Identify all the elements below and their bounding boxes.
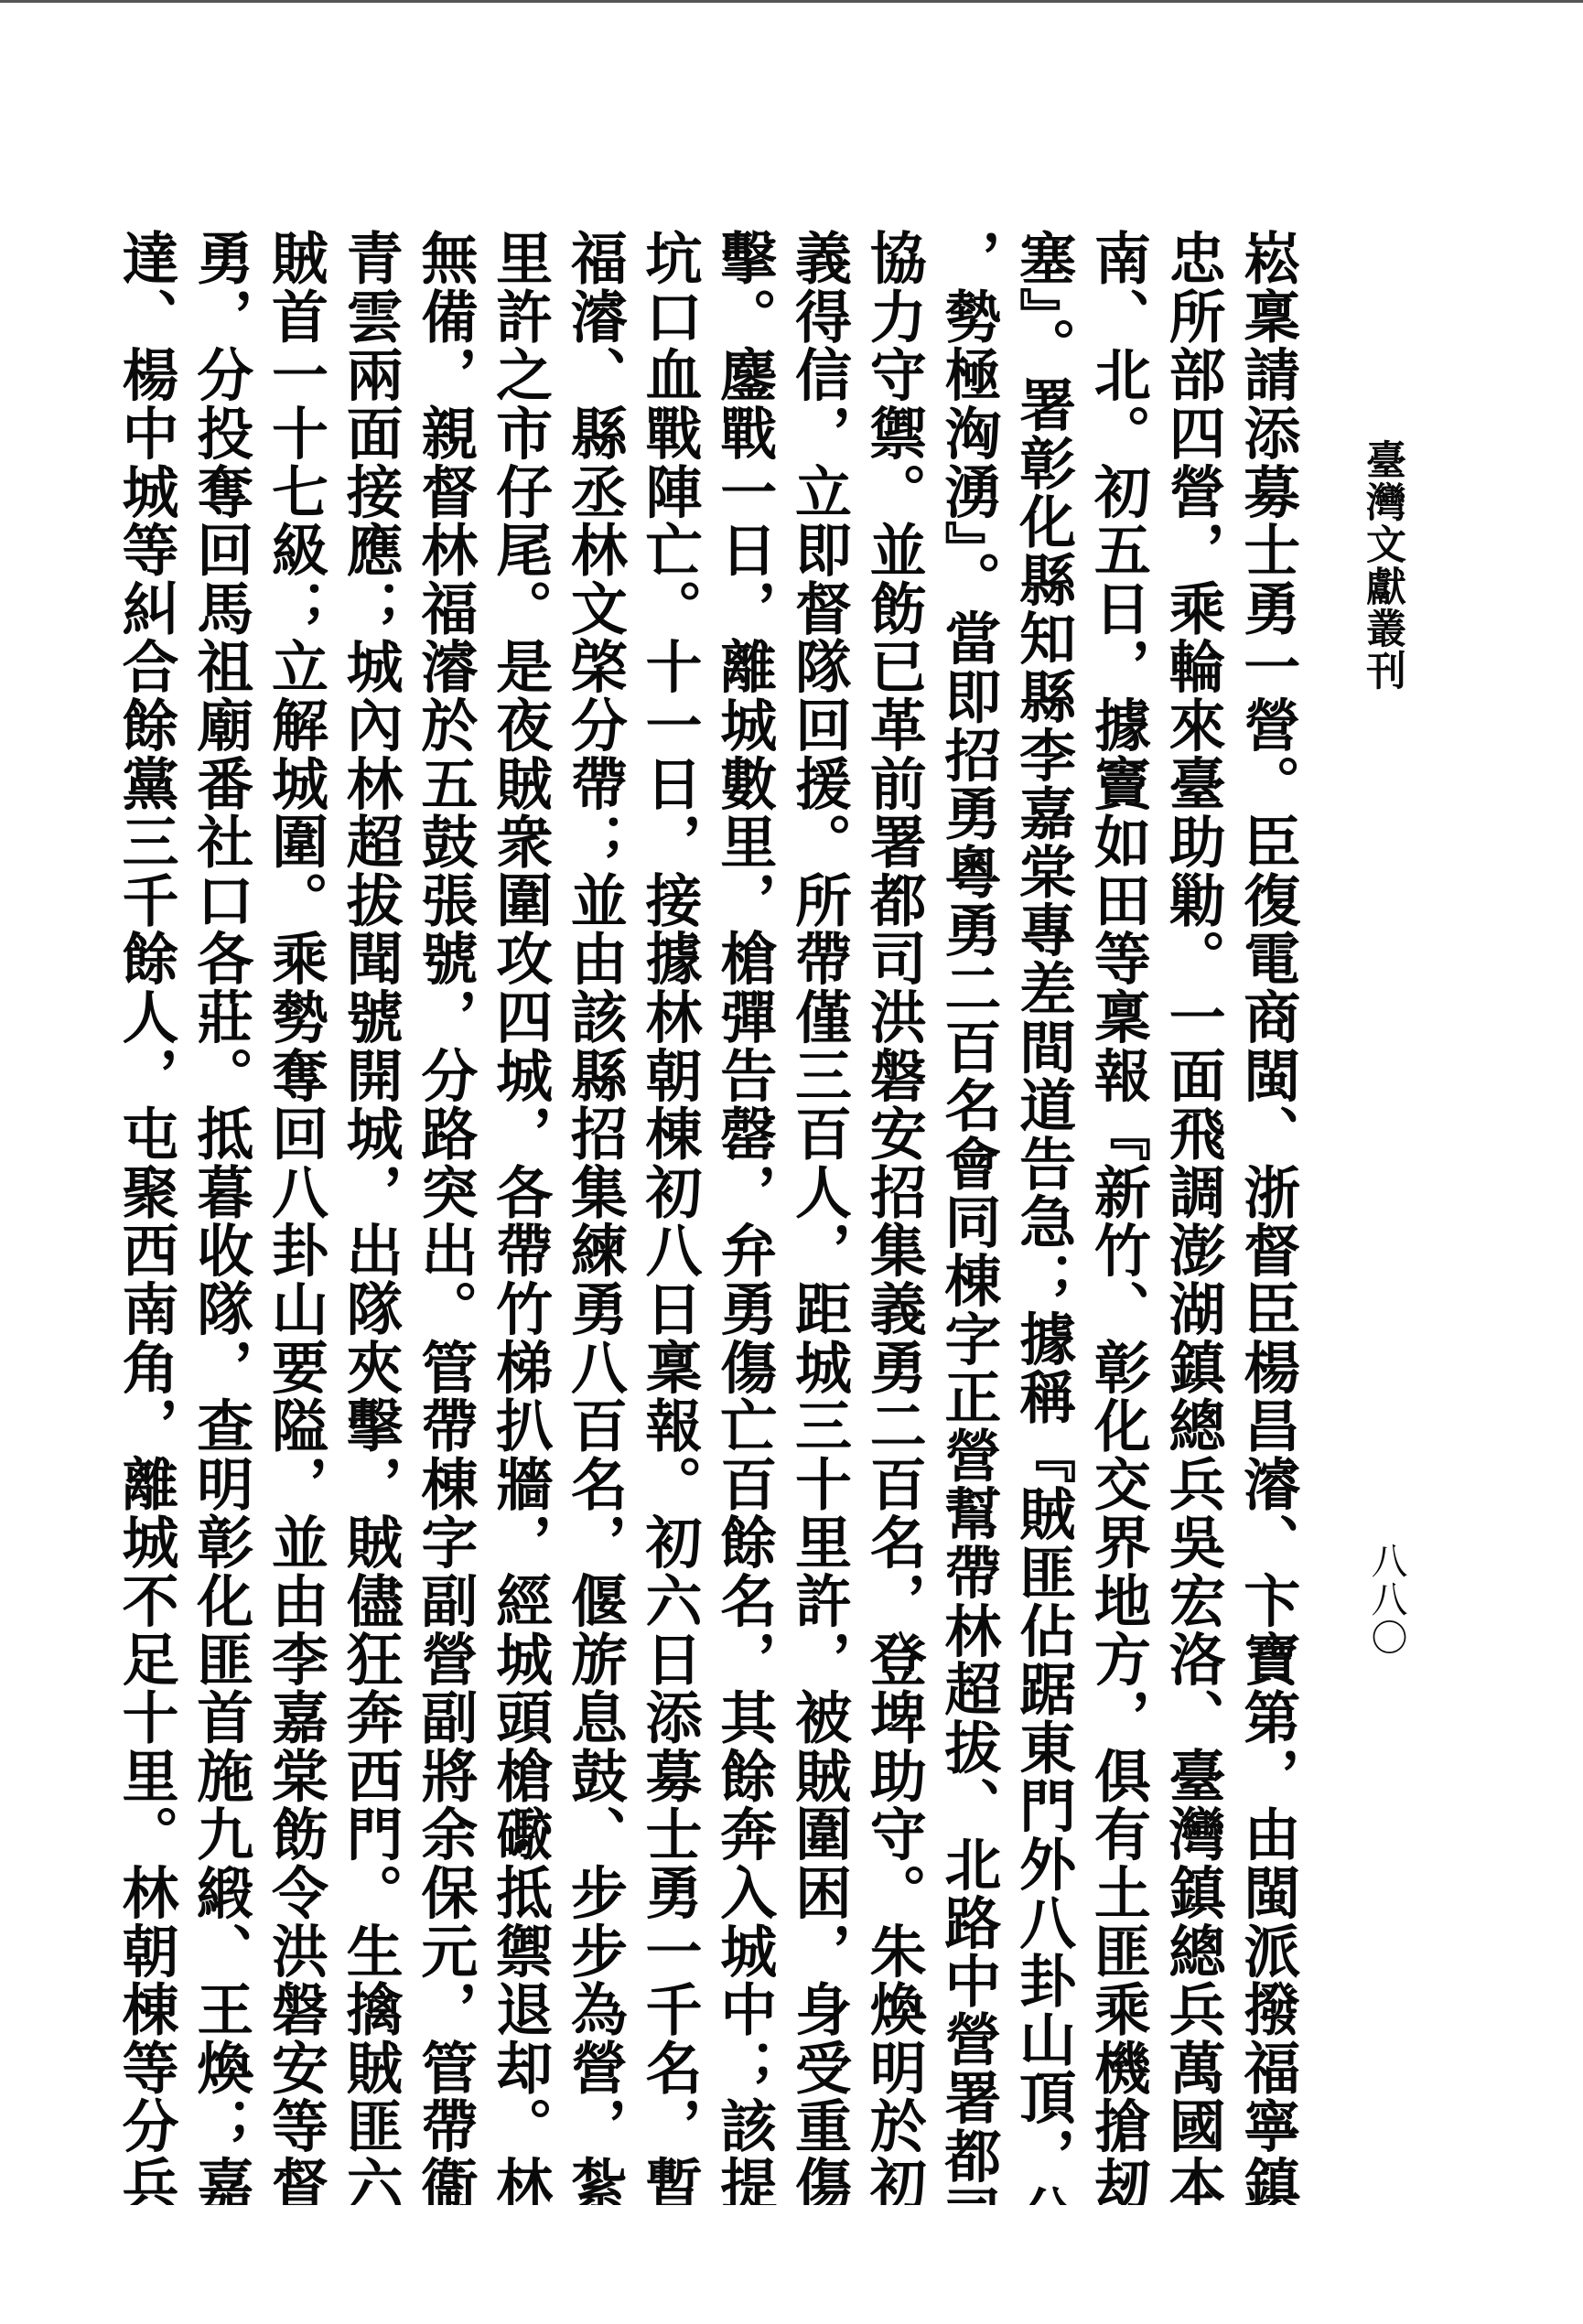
text-column: 勇，分投奪回馬祖廟番社口各莊。抵暮收隊，查明彰化匪首施九緞、王煥；嘉義匪首李 <box>187 229 254 2205</box>
vertical-text-body: 崧稟請添募士勇一營。臣復電商閩、浙督臣楊昌濬、卞寶第，由閩派撥福寧鎮總兵曹志 忠… <box>112 229 1301 2205</box>
text-column: 忠所部四營，乘輪來臺助勦。一面飛調澎湖鎮總兵吳宏洛、臺灣鎮總兵萬國本，分回臺 <box>1158 229 1226 2205</box>
text-column: 協力守禦。並飭已革前署都司洪磐安招集義勇二百名，登埤助守。朱煥明於初一日由嘉 <box>859 229 927 2205</box>
page-number: 八八〇 <box>1363 1542 1409 1657</box>
text-column: ，勢極洶湧』。當即招勇粵勇二百名會同棟字正營幫帶林超拔、北路中營署都司葉永輝 <box>934 229 1002 2205</box>
text-column: 南、北。初五日，據竇如田等稟報『新竹、彰化交界地方，俱有土匪乘機搶刼；文報梗 <box>1083 229 1151 2205</box>
text-column: 義得信，立即督隊回援。所帶僅三百人，距城三十里許，被賊圍困，身受重傷，裹創奮 <box>784 229 852 2205</box>
text-column: 達、楊中城等糾合餘黨三千餘人，屯聚西南角，離城不足十里。林朝棟等分兵扼紮要隘 <box>112 229 179 2205</box>
top-border-line <box>0 0 1583 3</box>
text-column: 無備，親督林福濬於五鼓張號，分路突出。管帶棟字副營副將余保元，管帶衞隊把總林 <box>411 229 479 2205</box>
text-column: 賊首一十七級；立解城圍。乘勢奪回八卦山要隘，並由李嘉棠飭令洪磐安等督率義勇粵 <box>261 229 328 2205</box>
text-column: 塞』。署彰化縣知縣李嘉棠專差間道告急；據稱『賊匪佔踞東門外八卦山頂，分路攻城 <box>1009 229 1077 2205</box>
text-column: 青雲兩面接應；城內林超拔聞號開城，出隊夾擊，賊儘狂奔西門。生擒賊匪六名，陣斬 <box>336 229 404 2205</box>
text-column: 崧稟請添募士勇一營。臣復電商閩、浙督臣楊昌濬、卞寶第，由閩派撥福寧鎮總兵曹志 <box>1233 229 1301 2205</box>
running-head-title: 臺灣文獻叢刊 <box>1354 439 1409 692</box>
text-column: 擊。鏖戰一日，離城數里，槍彈告罄，弁勇傷亡百餘名，其餘奔入城中；該提督至白沙 <box>710 229 778 2205</box>
text-column: 里許之市仔尾。是夜賊衆圍攻四城，各帶竹梯扒牆，經城頭槍礮抵禦退却。林朝棟乘其 <box>486 229 554 2205</box>
text-column: 福濬、縣丞林文棨分帶；並由該縣招集練勇八百名，偃旂息鼓、步步為營，紮至距北門 <box>560 229 628 2205</box>
text-column: 坑口血戰陣亡。十一日，接據林朝棟初八日稟報。初六日添募士勇一千名，暫案從九林 <box>635 229 703 2205</box>
